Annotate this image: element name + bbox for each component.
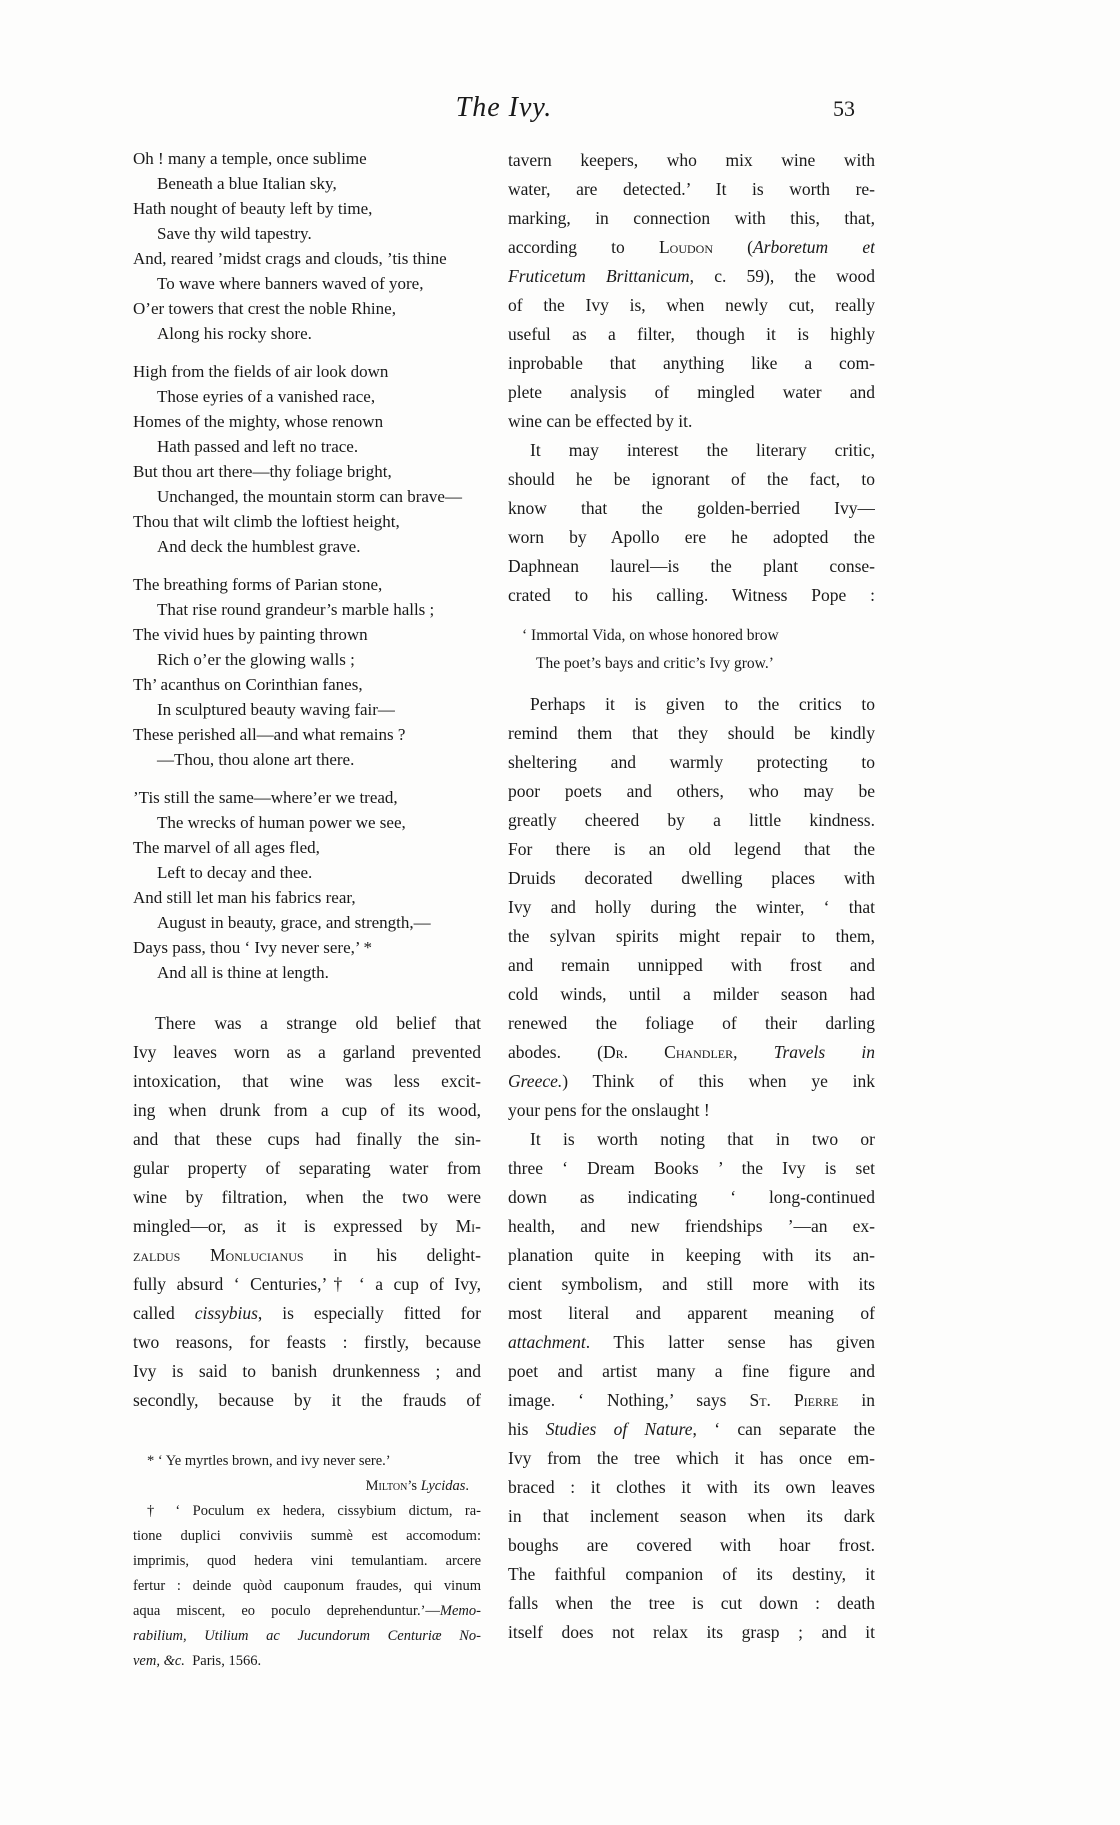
text-line: planation quite in keeping with its an- [508, 1241, 875, 1270]
text-line: In sculptured beauty waving fair— [133, 697, 481, 722]
text-line: inprobable that anything like a com- [508, 349, 875, 378]
text-line: vem, &c. Paris, 1566. [133, 1649, 481, 1674]
text-line: And still let man his fabrics rear, [133, 885, 481, 910]
text-line: The wrecks of human power we see, [133, 810, 481, 835]
text-line: There was a strange old belief that [133, 1009, 481, 1038]
running-title: The Ivy. [133, 92, 875, 124]
text-line: and remain unnipped with frost and [508, 951, 875, 980]
text-line: attachment. This latter sense has given [508, 1328, 875, 1357]
text-line: intoxication, that wine was less excit- [133, 1067, 481, 1096]
text-line: zaldus Monlucianus in his delight- [133, 1241, 481, 1270]
text-line: useful as a filter, though it is highly [508, 320, 875, 349]
text-line: Th’ acanthus on Corinthian fanes, [133, 672, 481, 697]
text-line: Save thy wild tapestry. [133, 221, 481, 246]
right-column: tavern keepers, who mix wine withwater, … [508, 146, 875, 1674]
text-line: aqua miscent, eo poculo deprehenduntur.’… [133, 1599, 481, 1624]
text-line: Rich o’er the glowing walls ; [133, 647, 481, 672]
text-line: Hath nought of beauty left by time, [133, 196, 481, 221]
text-line: The marvel of all ages fled, [133, 835, 481, 860]
text-line: tavern keepers, who mix wine with [508, 146, 875, 175]
text-line: † ‘ Poculum ex hedera, cissybium dictum,… [133, 1499, 481, 1524]
text-line: The vivid hues by painting thrown [133, 622, 481, 647]
footnote-milton: * ‘ Ye myrtles brown, and ivy never sere… [133, 1449, 481, 1499]
text-line: * ‘ Ye myrtles brown, and ivy never sere… [133, 1449, 481, 1474]
text-line: And deck the humblest grave. [133, 534, 481, 559]
text-line: And, reared ’midst crags and clouds, ’ti… [133, 246, 481, 271]
text-line: greatly cheered by a little kindness. [508, 806, 875, 835]
text-line: should he be ignorant of the fact, to [508, 465, 875, 494]
text-line: ‘ Immortal Vida, on whose honored brow [522, 622, 875, 650]
text-line: of the Ivy is, when newly cut, really [508, 291, 875, 320]
text-line: marking, in connection with this, that, [508, 204, 875, 233]
text-line: Oh ! many a temple, once sublime [133, 146, 481, 171]
text-line: Days pass, thou ‘ Ivy never sere,’ * [133, 935, 481, 960]
text-line: ing when drunk from a cup of its wood, [133, 1096, 481, 1125]
text-line: But thou art there—thy foliage bright, [133, 459, 481, 484]
text-line: worn by Apollo ere he adopted the [508, 523, 875, 552]
book-page: The Ivy. 53 Oh ! many a temple, once sub… [0, 0, 1120, 1825]
text-line: braced : it clothes it with its own leav… [508, 1473, 875, 1502]
text-line: secondly, because by it the frauds of [133, 1386, 481, 1415]
text-line: O’er towers that crest the noble Rhine, [133, 296, 481, 321]
text-line: Hath passed and left no trace. [133, 434, 481, 459]
poem-stanza-4: ’Tis still the same—where’er we tread,Th… [133, 785, 481, 985]
text-line: For there is an old legend that the [508, 835, 875, 864]
page-header: The Ivy. 53 [133, 92, 875, 136]
text-line: Along his rocky shore. [133, 321, 481, 346]
text-line: Daphnean laurel—is the plant conse- [508, 552, 875, 581]
text-line: That rise round grandeur’s marble halls … [133, 597, 481, 622]
poem: Oh ! many a temple, once sublimeBeneath … [133, 146, 481, 985]
text-line: wine can be effected by it. [508, 407, 875, 436]
text-line: poor poets and others, who may be [508, 777, 875, 806]
paragraph-old-belief: There was a strange old belief thatIvy l… [133, 1009, 481, 1415]
verse-quote-pope: ‘ Immortal Vida, on whose honored browTh… [522, 622, 875, 678]
poem-stanza-3: The breathing forms of Parian stone,That… [133, 572, 481, 772]
text-line: Perhaps it is given to the critics to [508, 690, 875, 719]
text-line: fertur : deinde quòd cauponum fraudes, q… [133, 1574, 481, 1599]
text-line: boughs are covered with hoar frost. [508, 1531, 875, 1560]
text-line: Those eyries of a vanished race, [133, 384, 481, 409]
text-line: Ivy and holly during the winter, ‘ that [508, 893, 875, 922]
text-line: and that these cups had finally the sin- [133, 1125, 481, 1154]
text-line: remind them that they should be kindly [508, 719, 875, 748]
text-line: fully absurd ‘ Centuries,’† ‘ a cup of I… [133, 1270, 481, 1299]
text-line: wine by filtration, when the two were [133, 1183, 481, 1212]
page-number: 53 [833, 96, 855, 122]
text-line: mingled—or, as it is expressed by Mi- [133, 1212, 481, 1241]
text-line: To wave where banners waved of yore, [133, 271, 481, 296]
text-line: These perished all—and what remains ? [133, 722, 481, 747]
footnote-attribution: Milton’s Lycidas. [133, 1474, 481, 1499]
text-line: abodes. (Dr. Chandler, Travels in [508, 1038, 875, 1067]
text-line: —Thou, thou alone art there. [133, 747, 481, 772]
text-line: Fruticetum Brittanicum, c. 59), the wood [508, 262, 875, 291]
text-columns: Oh ! many a temple, once sublimeBeneath … [133, 146, 875, 1674]
text-line: itself does not relax its grasp ; and it [508, 1618, 875, 1647]
text-line: Left to decay and thee. [133, 860, 481, 885]
text-line: It may interest the literary critic, [508, 436, 875, 465]
text-line: Ivy from the tree which it has once em- [508, 1444, 875, 1473]
text-line: health, and new friendships ’—an ex- [508, 1212, 875, 1241]
text-line: The faithful companion of its destiny, i… [508, 1560, 875, 1589]
paragraph-dream-books: It is worth noting that in two orthree ‘… [508, 1125, 875, 1647]
text-line: water, are detected.’ It is worth re- [508, 175, 875, 204]
poem-stanza-2: High from the fields of air look downTho… [133, 359, 481, 559]
paragraph-tavern-keepers: tavern keepers, who mix wine withwater, … [508, 146, 875, 436]
text-line: Ivy is said to banish drunkenness ; and [133, 1357, 481, 1386]
text-line: Greece.) Think of this when ye ink [508, 1067, 875, 1096]
text-line: gular property of separating water from [133, 1154, 481, 1183]
text-line: know that the golden-berried Ivy— [508, 494, 875, 523]
text-line: plete analysis of mingled water and [508, 378, 875, 407]
text-line: cold winds, until a milder season had [508, 980, 875, 1009]
text-line: Unchanged, the mountain storm can brave— [133, 484, 481, 509]
text-line: sheltering and warmly protecting to [508, 748, 875, 777]
paragraph-literary-critic: It may interest the literary critic,shou… [508, 436, 875, 610]
text-line: Homes of the mighty, whose renown [133, 409, 481, 434]
footnotes: * ‘ Ye myrtles brown, and ivy never sere… [133, 1449, 481, 1674]
text-line: High from the fields of air look down [133, 359, 481, 384]
text-line: three ‘ Dream Books ’ the Ivy is set [508, 1154, 875, 1183]
text-line: your pens for the onslaught ! [508, 1096, 875, 1125]
text-line: It is worth noting that in two or [508, 1125, 875, 1154]
text-line: Ivy leaves worn as a garland prevented [133, 1038, 481, 1067]
footnote-poculum: † ‘ Poculum ex hedera, cissybium dictum,… [133, 1499, 481, 1674]
text-line: called cissybius, is especially fitted f… [133, 1299, 481, 1328]
text-line: Thou that wilt climb the loftiest height… [133, 509, 481, 534]
text-line: down as indicating ‘ long-continued [508, 1183, 875, 1212]
text-line: renewed the foliage of their darling [508, 1009, 875, 1038]
text-line: The poet’s bays and critic’s Ivy grow.’ [522, 650, 875, 678]
text-line: most literal and apparent meaning of [508, 1299, 875, 1328]
text-line: rabilium, Utilium ac Jucundorum Centuriæ… [133, 1624, 481, 1649]
text-line: August in beauty, grace, and strength,— [133, 910, 481, 935]
text-line: the sylvan spirits might repair to them, [508, 922, 875, 951]
text-line: falls when the tree is cut down : death [508, 1589, 875, 1618]
text-line: cient symbolism, and still more with its [508, 1270, 875, 1299]
text-line: his Studies of Nature, ‘ can separate th… [508, 1415, 875, 1444]
text-line: The breathing forms of Parian stone, [133, 572, 481, 597]
text-line: And all is thine at length. [133, 960, 481, 985]
paragraph-druids: Perhaps it is given to the critics torem… [508, 690, 875, 1125]
text-line: Beneath a blue Italian sky, [133, 171, 481, 196]
text-line: poet and artist many a fine figure and [508, 1357, 875, 1386]
left-column: Oh ! many a temple, once sublimeBeneath … [133, 146, 481, 1674]
text-line: ’Tis still the same—where’er we tread, [133, 785, 481, 810]
text-line: two reasons, for feasts : firstly, becau… [133, 1328, 481, 1357]
text-line: tione duplici conviviis summè est accomo… [133, 1524, 481, 1549]
text-line: imprimis, quod hedera vini temulantiam. … [133, 1549, 481, 1574]
text-line: according to Loudon (Arboretum et [508, 233, 875, 262]
poem-stanza-1: Oh ! many a temple, once sublimeBeneath … [133, 146, 481, 346]
text-line: image. ‘ Nothing,’ says St. Pierre in [508, 1386, 875, 1415]
text-line: Druids decorated dwelling places with [508, 864, 875, 893]
text-line: in that inclement season when its dark [508, 1502, 875, 1531]
text-line: crated to his calling. Witness Pope : [508, 581, 875, 610]
